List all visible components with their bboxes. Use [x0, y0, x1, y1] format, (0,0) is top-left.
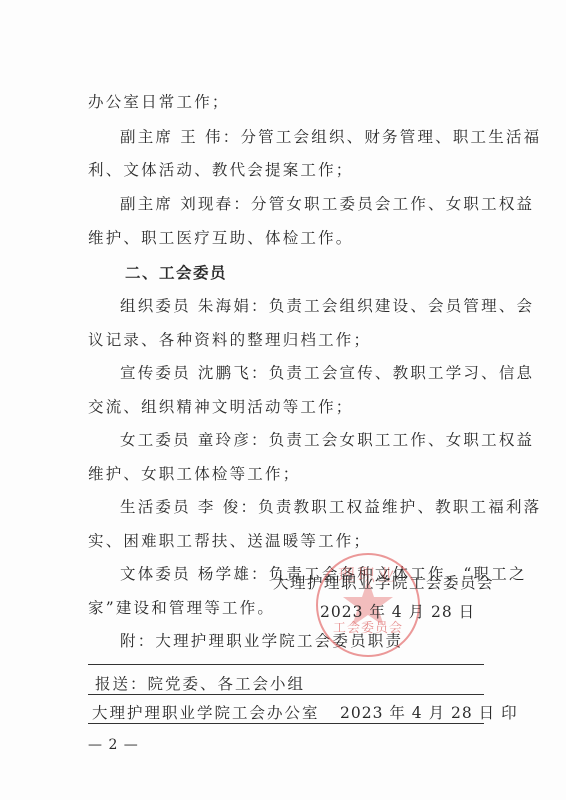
body-line: 利、文体活动、教代会提案工作； — [88, 158, 354, 180]
body-line: 宣传委员 沈鹏飞：负责工会宣传、教职工学习、信息 — [120, 361, 534, 383]
body-line: 家”建设和管理等工作。 — [88, 596, 275, 618]
page-number: — 2 — — [88, 737, 139, 753]
body-line: 办公室日常工作； — [88, 90, 230, 112]
body-line: 维护、女职工体检等工作； — [88, 462, 300, 484]
body-line: 副主席 刘现春：分管女职工委员会工作、女职工权益 — [120, 192, 534, 214]
print-date: 2023 年 4 月 28 日 印 — [340, 701, 518, 723]
body-line: 实、困难职工帮扶、送温暖等工作； — [88, 529, 371, 551]
body-line: 生活委员 李 俊：负责教职工权益维护、教职工福利落 — [120, 495, 541, 517]
body-line: 维护、职工医疗互助、体检工作。 — [88, 226, 354, 248]
body-line: 副主席 王 伟：分管工会组织、财务管理、职工生活福 — [120, 125, 541, 147]
signature-org: 大理护理职业学院工会委员会 — [273, 571, 494, 593]
divider — [88, 664, 484, 665]
body-line: 交流、组织精神文明活动等工作； — [88, 395, 354, 417]
body-line: 女工委员 童玲彦：负责工会女职工工作、女职工权益 — [120, 428, 534, 450]
cc-line: 报送：院党委、各工会小组 — [95, 672, 305, 694]
section-heading: 二、工会委员 — [125, 261, 227, 283]
divider — [88, 723, 484, 724]
divider — [88, 694, 484, 695]
signature-date: 2023 年 4 月 28 日 — [320, 600, 475, 622]
issuer: 大理护理职业学院工会办公室 — [92, 701, 320, 723]
body-line: 议记录、各种资料的整理归档工作； — [88, 328, 371, 350]
body-line: 组织委员 朱海娟：负责工会组织建设、会员管理、会 — [120, 294, 534, 316]
